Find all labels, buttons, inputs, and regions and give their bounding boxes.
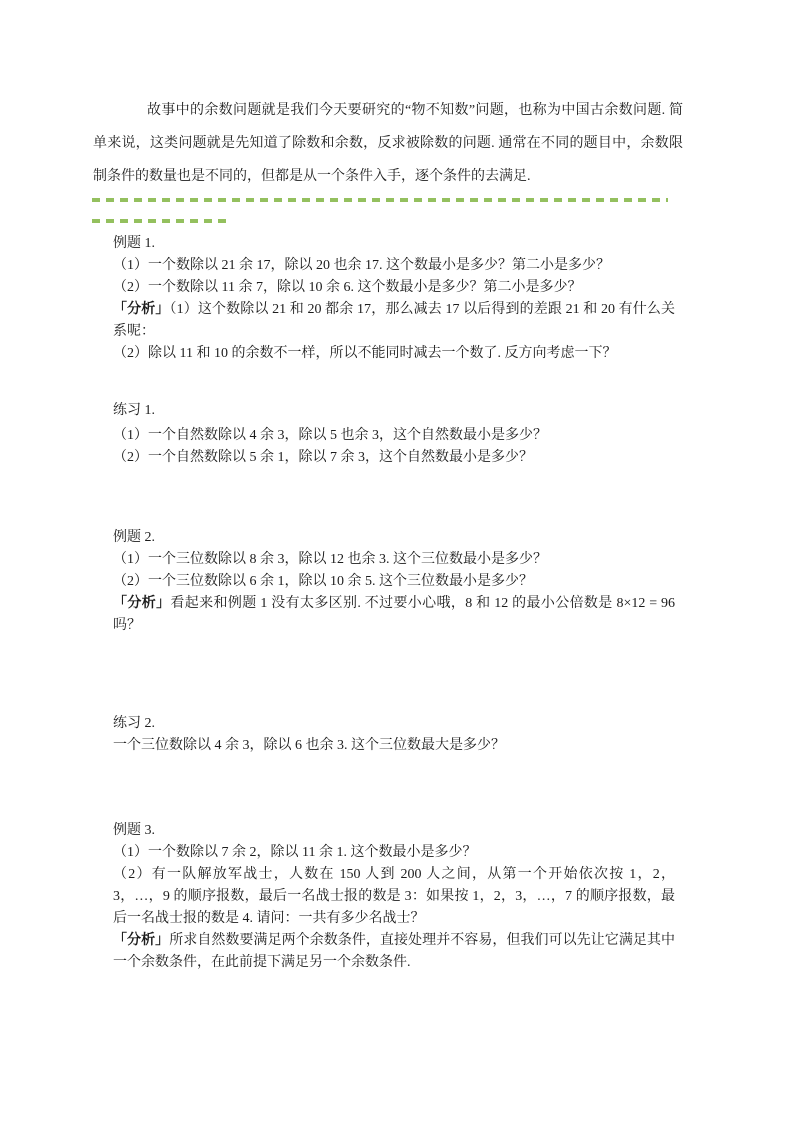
section-title: 练习 2. [113,713,675,735]
analysis-text: （1）这个数除以 21 和 20 都余 17，那么减去 17 以后得到的差跟 2… [113,302,675,339]
problem-paragraph: （2）除以 11 和 10 的余数不一样，所以不能同时减去一个数了. 反方向考虑… [113,343,675,365]
problem-paragraph: （2）一个自然数除以 5 余 1，除以 7 余 3，这个自然数最小是多少？ [113,447,675,469]
section-title: 练习 1. [113,400,675,422]
problem-paragraph: （1）一个数除以 21 余 17，除以 20 也余 17. 这个数最小是多少？第… [113,255,675,277]
document-page: 故事中的余数问题就是我们今天要研究的“物不知数”问题，也称为中国古余数问题. 简… [0,0,793,1122]
divider-dash-line-2 [92,219,228,223]
problem-paragraph: （2）一个数除以 11 余 7，除以 10 余 6. 这个数最小是多少？第二小是… [113,277,675,299]
analysis-paragraph: 「分析」（1）这个数除以 21 和 20 都余 17，那么减去 17 以后得到的… [113,299,675,343]
section-title: 例题 3. [113,820,675,842]
intro-paragraph: 故事中的余数问题就是我们今天要研究的“物不知数”问题，也称为中国古余数问题. 简… [93,94,683,193]
section-title: 例题 1. [113,233,675,255]
section-practice-1: 练习 1.（1）一个自然数除以 4 余 3，除以 5 也余 3，这个自然数最小是… [113,400,675,469]
section-example-2: 例题 2.（1）一个三位数除以 8 余 3，除以 12 也余 3. 这个三位数最… [113,527,675,637]
analysis-text: 看起来和例题 1 没有太多区别. 不过要小心哦，8 和 12 的最小公倍数是 8… [113,596,675,633]
problem-paragraph: （2）一个三位数除以 6 余 1，除以 10 余 5. 这个三位数最小是多少？ [113,571,675,593]
problem-paragraph: （1）一个自然数除以 4 余 3，除以 5 也余 3，这个自然数最小是多少？ [113,425,675,447]
section-example-3: 例题 3.（1）一个数除以 7 余 2，除以 11 余 1. 这个数最小是多少？… [113,820,675,974]
divider-dash-line-1 [92,198,668,202]
analysis-text: 所求自然数要满足两个余数条件，直接处理并不容易，但我们可以先让它满足其中一个余数… [113,933,675,970]
problem-paragraph: （1）一个数除以 7 余 2，除以 11 余 1. 这个数最小是多少？ [113,842,675,864]
analysis-label: 「分析」 [113,302,170,317]
analysis-label: 「分析」 [113,933,169,948]
section-practice-2: 练习 2.一个三位数除以 4 余 3，除以 6 也余 3. 这个三位数最大是多少… [113,713,675,757]
analysis-paragraph: 「分析」所求自然数要满足两个余数条件，直接处理并不容易，但我们可以先让它满足其中… [113,930,675,974]
problem-paragraph: （2）有一队解放军战士，人数在 150 人到 200 人之间，从第一个开始依次按… [113,864,675,930]
problem-paragraph: （1）一个三位数除以 8 余 3，除以 12 也余 3. 这个三位数最小是多少？ [113,549,675,571]
analysis-label: 「分析」 [113,596,170,611]
section-example-1: 例题 1.（1）一个数除以 21 余 17，除以 20 也余 17. 这个数最小… [113,233,675,365]
problem-paragraph: 一个三位数除以 4 余 3，除以 6 也余 3. 这个三位数最大是多少？ [113,735,675,757]
section-title: 例题 2. [113,527,675,549]
analysis-paragraph: 「分析」看起来和例题 1 没有太多区别. 不过要小心哦，8 和 12 的最小公倍… [113,593,675,637]
